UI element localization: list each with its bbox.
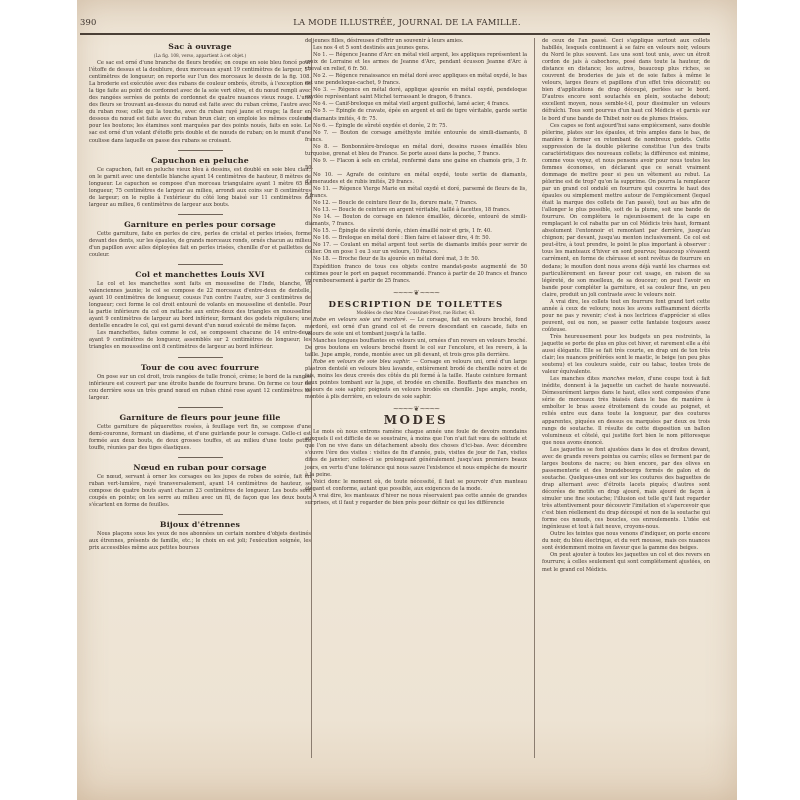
article-text: Les jaquettes se font ajustées dans le d…	[542, 447, 710, 532]
toilette-description: Robe en velours soie uni mordoré. — Le c…	[305, 317, 527, 338]
article-text: Ce capuchon, fait en peluche vieux bleu …	[89, 167, 311, 209]
article-title: Capuchon en peluche	[89, 155, 311, 166]
article-text: Outre les teintes que nous venons d'indi…	[542, 531, 710, 552]
article-text: Très heureusement pour les budgets un pe…	[542, 334, 710, 376]
separator	[178, 457, 223, 458]
journal-title: LA MODE ILLUSTRÉE, JOURNAL DE LA FAMILLE…	[77, 17, 737, 27]
article-text: Cette garniture de pâquerettes rosées, à…	[89, 424, 311, 452]
article-title: Tour de cou avec fourrure	[89, 362, 311, 373]
separator	[178, 514, 223, 515]
shipping-note: Expédition franco de tous ces objets con…	[305, 264, 527, 285]
article-text: de ceux de l'an passé. Ceci s'applique s…	[542, 38, 710, 123]
jewelry-item: No 10. — Agrafe de ceinture en métal oxy…	[305, 172, 527, 186]
article-text: Cette garniture, faite en perles de cire…	[89, 231, 311, 259]
jewelry-item: No 7. — Bouton de corsage améthyste imit…	[305, 130, 527, 144]
article-title: Nœud en ruban pour corsage	[89, 462, 311, 473]
article-text: Ces capes se font aujourd'hui sans empiè…	[542, 123, 710, 299]
jewelry-item: No 8. — Bonbonnière-breloque en métal do…	[305, 144, 527, 158]
section-title: MODES	[305, 417, 527, 424]
article-title: Garniture de fleurs pour jeune fille	[89, 412, 311, 423]
toilette-name: Robe en velours de soie bleu saphir.	[313, 359, 410, 365]
toilette-description: Robe en velours de soie bleu saphir. — C…	[305, 359, 527, 401]
article-text: On pose sur un col droit, trois rangées …	[89, 374, 311, 402]
article-text: Le mois où nous entrons ramène chaque an…	[305, 429, 527, 478]
jewelry-item: No 11. — Régence Vierge Marie en métal o…	[305, 186, 527, 200]
jewelry-item: No 5. — Épingle de cravate, épée en arge…	[305, 108, 527, 122]
article-text: Les manches dites manches melon, d'une c…	[542, 376, 710, 446]
separator	[178, 264, 223, 265]
jewelry-item: No 9. — Flacon à sels en cristal, renfer…	[305, 158, 527, 172]
column-left: Sac à ouvrage (La fig. 108, verso, appar…	[89, 38, 311, 552]
column-right: de ceux de l'an passé. Ceci s'applique s…	[542, 38, 710, 574]
section-title: DESCRIPTION DE TOILETTES	[305, 302, 527, 309]
article-title: Bijoux d'étrennes	[89, 519, 311, 530]
newspaper-page: 390 LA MODE ILLUSTRÉE, JOURNAL DE LA FAM…	[77, 0, 737, 800]
jewelry-item: No 18. — Broche fleur de lis ajourée en …	[305, 256, 527, 263]
separator	[178, 407, 223, 408]
running-header: 390 LA MODE ILLUSTRÉE, JOURNAL DE LA FAM…	[77, 17, 737, 31]
article-title: Garniture en perles pour corsage	[89, 219, 311, 230]
article-text: Ce sac est orné d'une branche de fleurs …	[89, 60, 311, 145]
jewelry-item: No 1. — Régence Jeanne d'Arc en métal vi…	[305, 52, 527, 73]
article-text: Le col et les manchettes sont faits en m…	[89, 281, 311, 330]
jewelry-item: No 14. — Bouton de corsage en faïence ém…	[305, 214, 527, 228]
jewelry-item: No 2. — Régence renaissance en métal dor…	[305, 73, 527, 87]
article-text: A vrai dire, les manteaux d'hiver ne nou…	[305, 493, 527, 507]
toilette-description: Manches longues bouffantes en velours un…	[305, 338, 527, 359]
ornament-divider: ~~~~ ❦ ~~~~	[305, 289, 527, 298]
article-title: Col et manchettes Louis XVI	[89, 269, 311, 280]
toilette-name: Robe en velours soie uni mordoré.	[313, 317, 407, 323]
article-text: On peut ajouter à toutes les jaquettes u…	[542, 552, 710, 573]
header-rule	[80, 33, 710, 35]
article-text: Ce nœud, servant à orner les corsages ou…	[89, 474, 311, 509]
separator	[178, 214, 223, 215]
article-text: de jeunes filles, désireuses d'offrir un…	[305, 38, 527, 45]
column-divider	[534, 38, 535, 758]
section-subtitle: Modèles de chez Mme Coussinet-Pivet, rue…	[305, 310, 527, 317]
article-text: A vrai dire, les collets tout en fourrur…	[542, 299, 710, 334]
article-text: Les manchettes, faites comme le col, se …	[89, 330, 311, 351]
separator	[178, 357, 223, 358]
separator	[178, 150, 223, 151]
article-text: Nous plaçons sous les yeux de nos abonné…	[89, 531, 311, 552]
jewelry-item: No 3. — Régence en métal doré, applique …	[305, 87, 527, 101]
article-subtitle: (La fig. 108, verso, appartient à cet ob…	[89, 53, 311, 60]
article-text: Voici donc le moment où, de toute nécess…	[305, 479, 527, 493]
article-title: Sac à ouvrage	[89, 41, 311, 52]
jewelry-item: No 17. — Coulant en métal argent tout se…	[305, 242, 527, 256]
column-middle: de jeunes filles, désireuses d'offrir un…	[305, 38, 527, 507]
jewelry-item: No 6. — Épingle de sûreté oxydée et doré…	[305, 123, 527, 130]
